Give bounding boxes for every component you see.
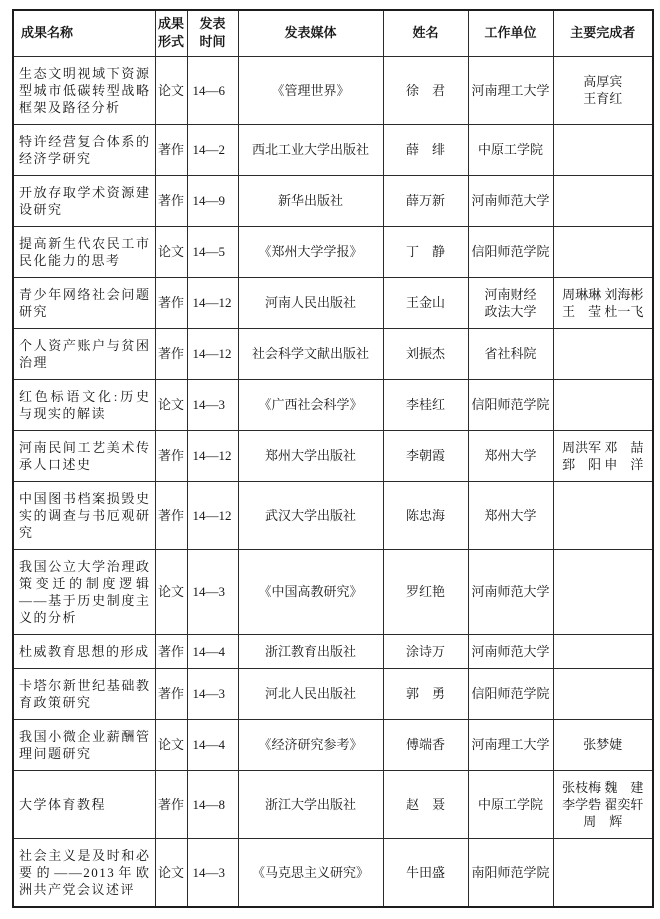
cell-publish-time: 14—12 — [187, 481, 238, 549]
cell-form: 论文 — [155, 719, 187, 770]
cell-media: 《广西社会科学》 — [238, 379, 383, 430]
table-row: 杜威教育思想的形成 著作 14—4 浙江教育出版社 涂诗万 河南师范大学 — [13, 634, 653, 668]
cell-publish-time: 14—3 — [187, 838, 238, 907]
header-form: 成果 形式 — [155, 10, 187, 56]
cell-publish-time: 14—4 — [187, 719, 238, 770]
cell-achievement-name: 大学体育教程 — [13, 770, 155, 838]
cell-form: 论文 — [155, 56, 187, 124]
cell-form: 著作 — [155, 328, 187, 379]
cell-author-name: 刘振杰 — [383, 328, 468, 379]
cell-author-name: 薛 绯 — [383, 124, 468, 175]
table-row: 提高新生代农民工市民化能力的思考 论文 14—5 《郑州大学学报》 丁 静 信阳… — [13, 226, 653, 277]
cell-media: 河北人民出版社 — [238, 668, 383, 719]
cell-publish-time: 14—4 — [187, 634, 238, 668]
cell-contributors — [553, 549, 653, 634]
cell-work-unit: 郑州大学 — [468, 430, 553, 481]
cell-author-name: 罗红艳 — [383, 549, 468, 634]
cell-work-unit: 河南理工大学 — [468, 719, 553, 770]
cell-author-name: 李朝霞 — [383, 430, 468, 481]
cell-achievement-name: 社会主义是及时和必要的——2013年欧洲共产党会议述评 — [13, 838, 155, 907]
cell-achievement-name: 个人资产账户与贫困治理 — [13, 328, 155, 379]
cell-achievement-name: 杜威教育思想的形成 — [13, 634, 155, 668]
cell-work-unit: 河南师范大学 — [468, 549, 553, 634]
cell-achievement-name: 河南民间工艺美术传承人口述史 — [13, 430, 155, 481]
cell-contributors — [553, 124, 653, 175]
cell-publish-time: 14—9 — [187, 175, 238, 226]
cell-contributors: 张枝梅 魏 建 李学砦 翟奕轩 周 辉 — [553, 770, 653, 838]
cell-media: 浙江教育出版社 — [238, 634, 383, 668]
table-row: 中国图书档案损毁史实的调查与书厄观研究 著作 14—12 武汉大学出版社 陈忠海… — [13, 481, 653, 549]
table-row: 个人资产账户与贫困治理 著作 14—12 社会科学文献出版社 刘振杰 省社科院 — [13, 328, 653, 379]
header-row: 成果名称成果 形式发表 时间发表媒体姓名工作单位主要完成者 — [13, 10, 653, 56]
cell-publish-time: 14—2 — [187, 124, 238, 175]
cell-contributors — [553, 175, 653, 226]
cell-contributors — [553, 838, 653, 907]
cell-media: 河南人民出版社 — [238, 277, 383, 328]
cell-media: 郑州大学出版社 — [238, 430, 383, 481]
cell-media: 社会科学文献出版社 — [238, 328, 383, 379]
cell-work-unit: 信阳师范学院 — [468, 379, 553, 430]
table-row: 河南民间工艺美术传承人口述史 著作 14—12 郑州大学出版社 李朝霞 郑州大学… — [13, 430, 653, 481]
cell-form: 著作 — [155, 481, 187, 549]
table-row: 卡塔尔新世纪基础教育政策研究 著作 14—3 河北人民出版社 郭 勇 信阳师范学… — [13, 668, 653, 719]
cell-achievement-name: 开放存取学术资源建设研究 — [13, 175, 155, 226]
cell-work-unit: 中原工学院 — [468, 124, 553, 175]
cell-achievement-name: 生态文明视域下资源型城市低碳转型战略框架及路径分析 — [13, 56, 155, 124]
table-row: 社会主义是及时和必要的——2013年欧洲共产党会议述评 论文 14—3 《马克思… — [13, 838, 653, 907]
cell-achievement-name: 特许经营复合体系的经济学研究 — [13, 124, 155, 175]
cell-form: 著作 — [155, 634, 187, 668]
table-row: 我国公立大学治理政策变迁的制度逻辑——基于历史制度主义的分析 论文 14—3 《… — [13, 549, 653, 634]
table-row: 大学体育教程 著作 14—8 浙江大学出版社 赵 聂 中原工学院 张枝梅 魏 建… — [13, 770, 653, 838]
cell-publish-time: 14—3 — [187, 549, 238, 634]
cell-author-name: 薛万新 — [383, 175, 468, 226]
cell-work-unit: 中原工学院 — [468, 770, 553, 838]
table-row: 开放存取学术资源建设研究 著作 14—9 新华出版社 薛万新 河南师范大学 — [13, 175, 653, 226]
cell-media: 《中国高教研究》 — [238, 549, 383, 634]
cell-work-unit: 河南理工大学 — [468, 56, 553, 124]
cell-work-unit: 信阳师范学院 — [468, 226, 553, 277]
cell-publish-time: 14—12 — [187, 430, 238, 481]
cell-contributors — [553, 328, 653, 379]
cell-contributors: 周洪军 邓 喆 郅 阳 申 洋 — [553, 430, 653, 481]
cell-author-name: 赵 聂 — [383, 770, 468, 838]
table-row: 特许经营复合体系的经济学研究 著作 14—2 西北工业大学出版社 薛 绯 中原工… — [13, 124, 653, 175]
cell-achievement-name: 卡塔尔新世纪基础教育政策研究 — [13, 668, 155, 719]
cell-achievement-name: 我国小微企业薪酬管理问题研究 — [13, 719, 155, 770]
cell-publish-time: 14—8 — [187, 770, 238, 838]
cell-media: 《马克思主义研究》 — [238, 838, 383, 907]
cell-contributors: 张梦婕 — [553, 719, 653, 770]
cell-contributors — [553, 481, 653, 549]
cell-form: 论文 — [155, 838, 187, 907]
cell-achievement-name: 提高新生代农民工市民化能力的思考 — [13, 226, 155, 277]
header-author: 姓名 — [383, 10, 468, 56]
cell-publish-time: 14—3 — [187, 668, 238, 719]
cell-achievement-name: 我国公立大学治理政策变迁的制度逻辑——基于历史制度主义的分析 — [13, 549, 155, 634]
cell-work-unit: 河南财经 政法大学 — [468, 277, 553, 328]
cell-media: 《经济研究参考》 — [238, 719, 383, 770]
cell-author-name: 涂诗万 — [383, 634, 468, 668]
cell-author-name: 傅端香 — [383, 719, 468, 770]
header-unit: 工作单位 — [468, 10, 553, 56]
cell-media: 浙江大学出版社 — [238, 770, 383, 838]
cell-publish-time: 14—5 — [187, 226, 238, 277]
cell-form: 著作 — [155, 430, 187, 481]
cell-media: 《管理世界》 — [238, 56, 383, 124]
cell-achievement-name: 红色标语文化:历史与现实的解读 — [13, 379, 155, 430]
achievements-table: 成果名称成果 形式发表 时间发表媒体姓名工作单位主要完成者 生态文明视域下资源型… — [12, 9, 654, 908]
cell-author-name: 李桂红 — [383, 379, 468, 430]
cell-author-name: 陈忠海 — [383, 481, 468, 549]
table-row: 我国小微企业薪酬管理问题研究 论文 14—4 《经济研究参考》 傅端香 河南理工… — [13, 719, 653, 770]
cell-media: 新华出版社 — [238, 175, 383, 226]
cell-author-name: 徐 君 — [383, 56, 468, 124]
cell-publish-time: 14—12 — [187, 277, 238, 328]
cell-work-unit: 省社科院 — [468, 328, 553, 379]
cell-form: 著作 — [155, 124, 187, 175]
cell-work-unit: 郑州大学 — [468, 481, 553, 549]
document-page: 成果名称成果 形式发表 时间发表媒体姓名工作单位主要完成者 生态文明视域下资源型… — [0, 0, 660, 919]
cell-author-name: 牛田盛 — [383, 838, 468, 907]
cell-contributors — [553, 634, 653, 668]
cell-media: 武汉大学出版社 — [238, 481, 383, 549]
cell-contributors: 高厚宾 王育红 — [553, 56, 653, 124]
cell-contributors: 周琳琳 刘海彬 王 莹 杜一飞 — [553, 277, 653, 328]
cell-contributors — [553, 379, 653, 430]
cell-form: 著作 — [155, 770, 187, 838]
table-row: 青少年网络社会问题研究 著作 14—12 河南人民出版社 王金山 河南财经 政法… — [13, 277, 653, 328]
cell-publish-time: 14—12 — [187, 328, 238, 379]
header-time: 发表 时间 — [187, 10, 238, 56]
cell-publish-time: 14—6 — [187, 56, 238, 124]
cell-form: 著作 — [155, 175, 187, 226]
cell-media: 《郑州大学学报》 — [238, 226, 383, 277]
cell-form: 论文 — [155, 226, 187, 277]
header-contributors: 主要完成者 — [553, 10, 653, 56]
cell-achievement-name: 青少年网络社会问题研究 — [13, 277, 155, 328]
cell-author-name: 丁 静 — [383, 226, 468, 277]
cell-work-unit: 信阳师范学院 — [468, 668, 553, 719]
cell-contributors — [553, 226, 653, 277]
table-row: 生态文明视域下资源型城市低碳转型战略框架及路径分析 论文 14—6 《管理世界》… — [13, 56, 653, 124]
cell-form: 著作 — [155, 668, 187, 719]
cell-form: 论文 — [155, 549, 187, 634]
cell-work-unit: 河南师范大学 — [468, 634, 553, 668]
cell-form: 著作 — [155, 277, 187, 328]
header-media: 发表媒体 — [238, 10, 383, 56]
header-name: 成果名称 — [13, 10, 155, 56]
cell-work-unit: 河南师范大学 — [468, 175, 553, 226]
cell-author-name: 郭 勇 — [383, 668, 468, 719]
cell-media: 西北工业大学出版社 — [238, 124, 383, 175]
cell-publish-time: 14—3 — [187, 379, 238, 430]
cell-contributors — [553, 668, 653, 719]
cell-work-unit: 南阳师范学院 — [468, 838, 553, 907]
table-row: 红色标语文化:历史与现实的解读 论文 14—3 《广西社会科学》 李桂红 信阳师… — [13, 379, 653, 430]
cell-achievement-name: 中国图书档案损毁史实的调查与书厄观研究 — [13, 481, 155, 549]
cell-author-name: 王金山 — [383, 277, 468, 328]
cell-form: 论文 — [155, 379, 187, 430]
